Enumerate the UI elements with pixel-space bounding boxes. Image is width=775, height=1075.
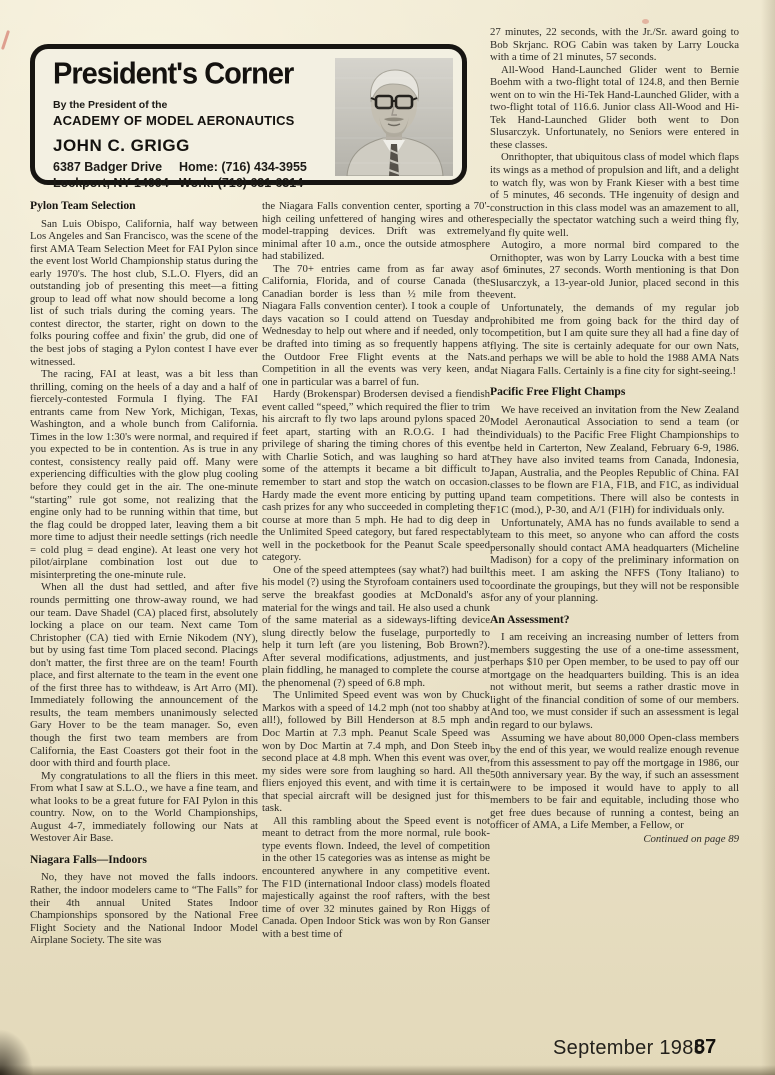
byline-line2: ACADEMY OF MODEL AERONAUTICS xyxy=(53,113,326,128)
page-edge-right xyxy=(761,0,775,1075)
magazine-page: President's Corner By the President of t… xyxy=(0,0,775,1075)
issue-date: September 1985 xyxy=(553,1037,705,1060)
section-heading: Pylon Team Selection xyxy=(30,200,258,213)
section-heading: An Assessment? xyxy=(490,614,739,627)
section-heading: Niagara Falls—Indoors xyxy=(30,854,258,867)
paragraph: My congratulations to all the fliers in … xyxy=(30,770,258,845)
phone-home: Home: (716) 434-3955 xyxy=(179,159,307,175)
column-title: President's Corner xyxy=(53,57,326,92)
paragraph: We have received an invitation from the … xyxy=(490,404,739,517)
paragraph: The racing, FAI at least, was a bit less… xyxy=(30,368,258,581)
scan-corner-shadow xyxy=(0,1029,34,1075)
portrait-illustration xyxy=(335,58,453,176)
presidents-corner-header-box: President's Corner By the President of t… xyxy=(30,44,467,185)
contact-block: 6387 Badger Drive Lockport, NY 14094 Hom… xyxy=(53,159,326,191)
page-edge-bottom xyxy=(0,1065,775,1075)
paragraph: Unfortunately, the demands of my regular… xyxy=(490,302,739,377)
paragraph: Autogiro, a more normal bird compared to… xyxy=(490,239,739,302)
article-column-1: Pylon Team SelectionSan Luis Obispo, Cal… xyxy=(30,200,258,1048)
john-grigg-portrait-photo xyxy=(335,58,453,176)
address-line1: 6387 Badger Drive xyxy=(53,159,179,175)
author-phones: Home: (716) 434-3955 Work: (716) 631-631… xyxy=(179,159,307,191)
paragraph: Unfortunately, AMA has no funds availabl… xyxy=(490,517,739,605)
red-speck-mark xyxy=(642,19,649,24)
paragraph: I am receiving an increasing number of l… xyxy=(490,631,739,731)
header-text-block: President's Corner By the President of t… xyxy=(53,57,326,191)
article-column-2: the Niagara Falls convention center, spo… xyxy=(262,200,490,1048)
byline-line1: By the President of the xyxy=(53,99,326,111)
paragraph: The Unlimited Speed event was won by Chu… xyxy=(262,689,490,814)
paragraph: the Niagara Falls convention center, spo… xyxy=(262,200,490,263)
paragraph: All-Wood Hand-Launched Glider went to Be… xyxy=(490,64,739,152)
author-address: 6387 Badger Drive Lockport, NY 14094 xyxy=(53,159,179,191)
paragraph: No, they have not moved the falls indoor… xyxy=(30,871,258,946)
paragraph: 27 minutes, 22 seconds, with the Jr./Sr.… xyxy=(490,26,739,64)
paragraph: One of the speed attemptees (say what?) … xyxy=(262,564,490,689)
paragraph: Hardy (Brokenspar) Brodersen devised a f… xyxy=(262,388,490,564)
paragraph: San Luis Obispo, California, half way be… xyxy=(30,218,258,369)
address-line2: Lockport, NY 14094 xyxy=(53,175,179,191)
paragraph: Onrithopter, that ubiquitous class of mo… xyxy=(490,151,739,239)
continued-note: Continued on page 89 xyxy=(490,833,739,846)
red-pen-mark xyxy=(1,30,10,50)
phone-work: Work: (716) 631-6314 xyxy=(179,175,307,191)
paragraph: Assuming we have about 80,000 Open-class… xyxy=(490,732,739,832)
paragraph: The 70+ entries came from as far away as… xyxy=(262,263,490,388)
page-number: 87 xyxy=(694,1036,716,1059)
paragraph: All this rambling about the Speed event … xyxy=(262,815,490,940)
paragraph: When all the dust had settled, and after… xyxy=(30,581,258,769)
article-column-3: 27 minutes, 22 seconds, with the Jr./Sr.… xyxy=(490,26,739,1038)
author-name: JOHN C. GRIGG xyxy=(53,136,326,156)
section-heading: Pacific Free Flight Champs xyxy=(490,386,739,399)
